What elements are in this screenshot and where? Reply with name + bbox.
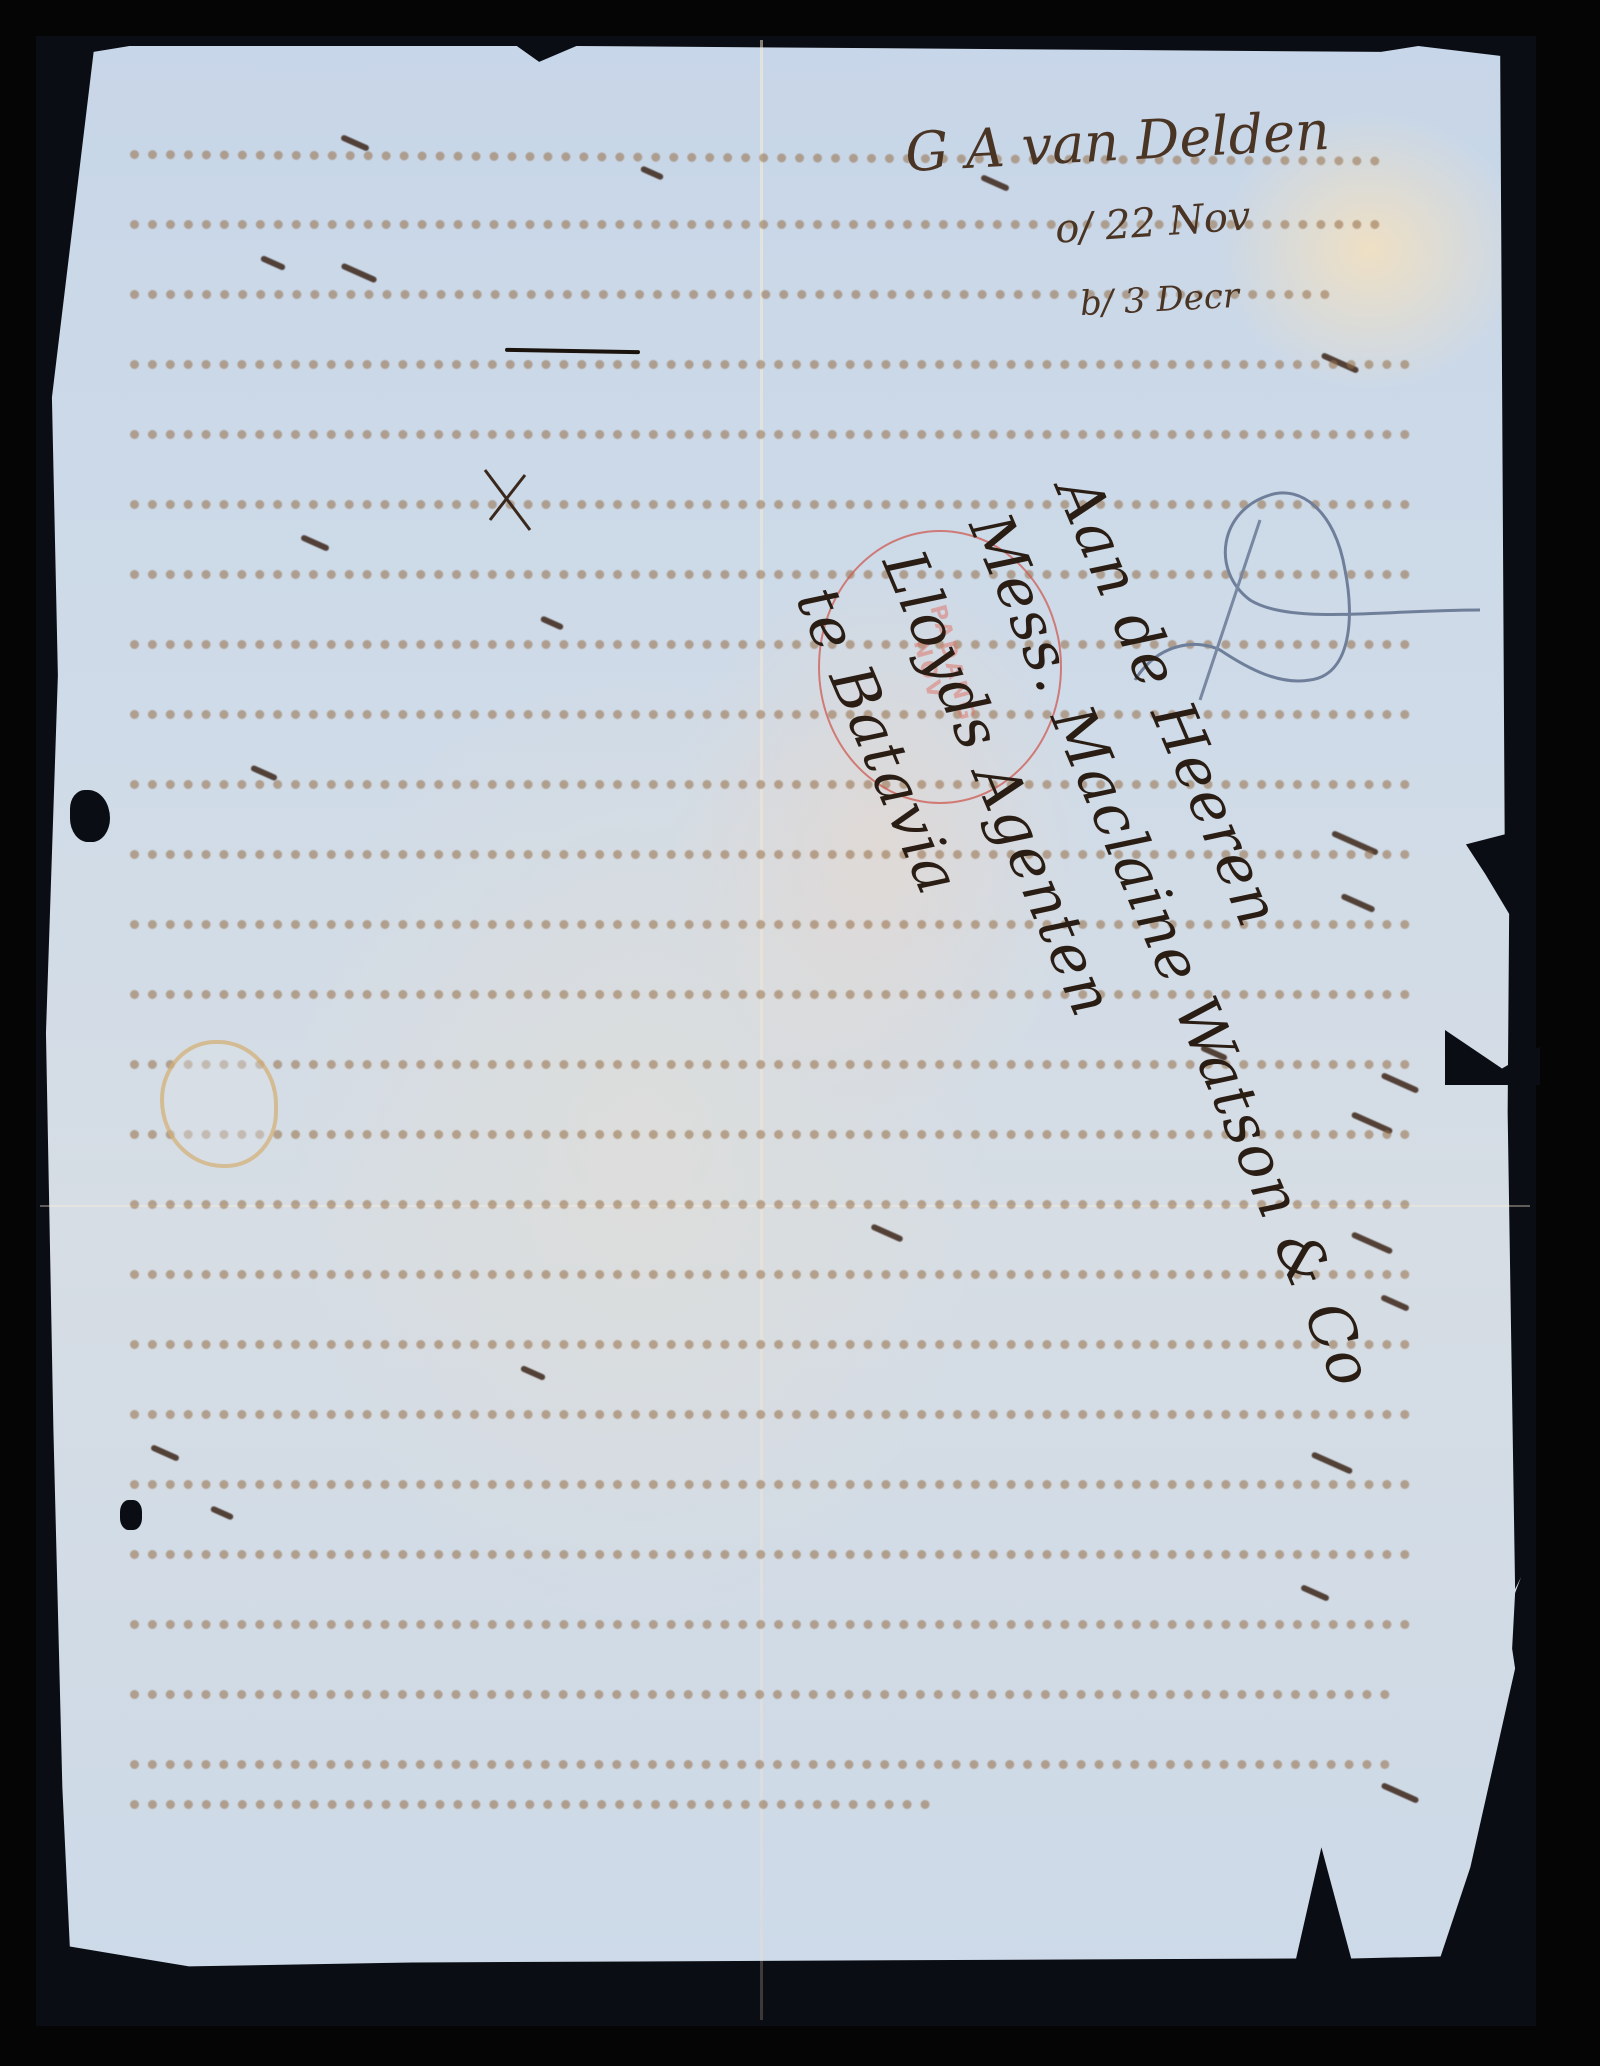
docket-sender-name: G A van Delden: [904, 99, 1332, 184]
vertical-fold-crease: [760, 40, 763, 2020]
docket-notation: G A van Delden o/ 22 Nov b/ 3 Decr: [905, 110, 1330, 173]
docket-date-received: b/ 3 Decr: [1079, 276, 1240, 324]
ink-cross-mark: [470, 460, 550, 540]
paper-hole: [120, 1500, 142, 1530]
